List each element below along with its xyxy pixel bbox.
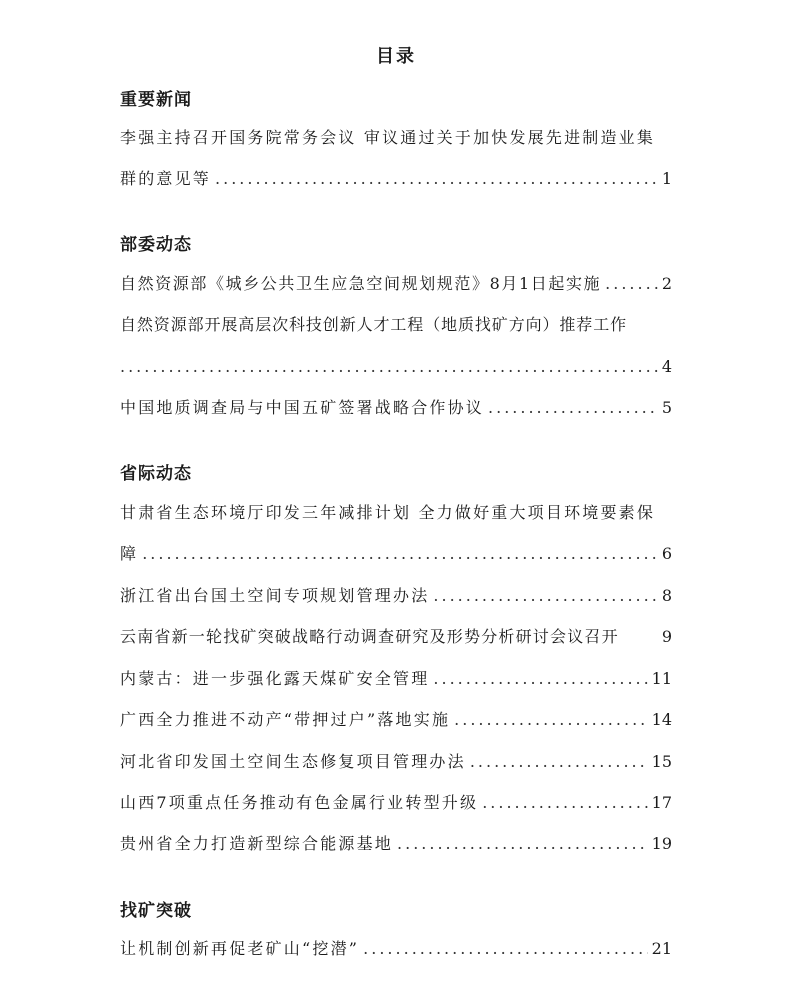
page-number: 15 <box>652 750 672 774</box>
page-number: 9 <box>662 625 672 649</box>
toc-entry[interactable]: 让机制创新再促老矿山“挖潜” .........................… <box>120 937 672 961</box>
toc-entry[interactable]: 浙江省出台国土空间专项规划管理办法 ......................… <box>120 584 672 608</box>
leader-dots: ........................................… <box>215 167 658 191</box>
entry-title: 内蒙古：进一步强化露天煤矿安全管理 <box>120 667 429 691</box>
page-number: 1 <box>662 167 672 191</box>
section-heading: 省际动态 <box>120 459 192 484</box>
entry-title: 中国地质调查局与中国五矿签署战略合作协议 <box>120 396 484 420</box>
page-number: 4 <box>662 355 672 379</box>
leader-dots: ........................................… <box>433 584 657 608</box>
page-number: 11 <box>652 667 672 691</box>
entry-title: 广西全力推进不动产“带押过户”落地实施 <box>120 708 450 732</box>
toc-entry[interactable]: 自然资源部《城乡公共卫生应急空间规划规范》8月1日起实施 ...........… <box>120 272 672 296</box>
section-heading: 重要新闻 <box>120 85 192 110</box>
leader-dots: ........................................… <box>397 832 648 856</box>
entry-title: 自然资源部《城乡公共卫生应急空间规划规范》8月1日起实施 <box>120 272 601 296</box>
entry-title: 群的意见等 <box>120 167 211 191</box>
entry-title: 贵州省全力打造新型综合能源基地 <box>120 832 393 856</box>
section-heading: 部委动态 <box>120 230 192 255</box>
page-number: 19 <box>652 832 672 856</box>
leader-dots: ........................................… <box>433 667 647 691</box>
toc-entry-continuation[interactable]: ........................................… <box>120 355 672 379</box>
leader-dots: ........................................… <box>120 355 658 379</box>
entry-title: 让机制创新再促老矿山“挖潜” <box>120 937 359 961</box>
entry-title: 甘肃省生态环境厅印发三年减排计划 全力做好重大项目环境要素保 <box>120 501 655 525</box>
entry-title: 自然资源部开展高层次科技创新人才工程（地质找矿方向）推荐工作 <box>120 313 627 337</box>
toc-entry[interactable]: 广西全力推进不动产“带押过户”落地实施 ....................… <box>120 708 672 732</box>
leader-dots: ........................................… <box>482 791 647 815</box>
toc-entry-continuation[interactable]: 群的意见等 ..................................… <box>120 167 672 191</box>
entry-title: 浙江省出台国土空间专项规划管理办法 <box>120 584 429 608</box>
toc-entry[interactable]: 甘肃省生态环境厅印发三年减排计划 全力做好重大项目环境要素保 <box>120 501 672 525</box>
toc-entry[interactable]: 李强主持召开国务院常务会议 审议通过关于加快发展先进制造业集 <box>120 126 672 150</box>
page-number: 5 <box>662 396 672 420</box>
section-heading: 找矿突破 <box>120 896 192 921</box>
leader-dots: ........................................… <box>605 272 658 296</box>
entry-title: 云南省新一轮找矿突破战略行动调查研究及形势分析研讨会议召开 <box>120 625 619 649</box>
page-number: 17 <box>652 791 672 815</box>
toc-title: 目录 <box>120 42 672 68</box>
toc-entry[interactable]: 贵州省全力打造新型综合能源基地 ........................… <box>120 832 672 856</box>
entry-title: 障 <box>120 542 138 566</box>
leader-dots: ........................................… <box>488 396 658 420</box>
toc-entry-continuation[interactable]: 障 ......................................… <box>120 542 672 566</box>
page-number: 6 <box>662 542 672 566</box>
page-number: 2 <box>662 272 672 296</box>
toc-entry[interactable]: 河北省印发国土空间生态修复项目管理办法 ....................… <box>120 750 672 774</box>
page-number: 14 <box>652 708 672 732</box>
leader-dots: ........................................… <box>470 750 648 774</box>
page-number: 8 <box>662 584 672 608</box>
toc-entry[interactable]: 山西7项重点任务推动有色金属行业转型升级 ...................… <box>120 791 672 815</box>
entry-title: 山西7项重点任务推动有色金属行业转型升级 <box>120 791 478 815</box>
toc-entry[interactable]: 内蒙古：进一步强化露天煤矿安全管理 ......................… <box>120 667 672 691</box>
leader-dots: ........................................… <box>454 708 647 732</box>
entry-title: 河北省印发国土空间生态修复项目管理办法 <box>120 750 466 774</box>
toc-entry[interactable]: 自然资源部开展高层次科技创新人才工程（地质找矿方向）推荐工作 <box>120 313 672 337</box>
leader-dots: ........................................… <box>363 937 647 961</box>
toc-entry[interactable]: 中国地质调查局与中国五矿签署战略合作协议 ...................… <box>120 396 672 420</box>
entry-title: 李强主持召开国务院常务会议 审议通过关于加快发展先进制造业集 <box>120 126 655 150</box>
page-number: 21 <box>652 937 672 961</box>
toc-entry[interactable]: 云南省新一轮找矿突破战略行动调查研究及形势分析研讨会议召开 9 <box>120 625 672 649</box>
leader-dots: ........................................… <box>142 542 658 566</box>
